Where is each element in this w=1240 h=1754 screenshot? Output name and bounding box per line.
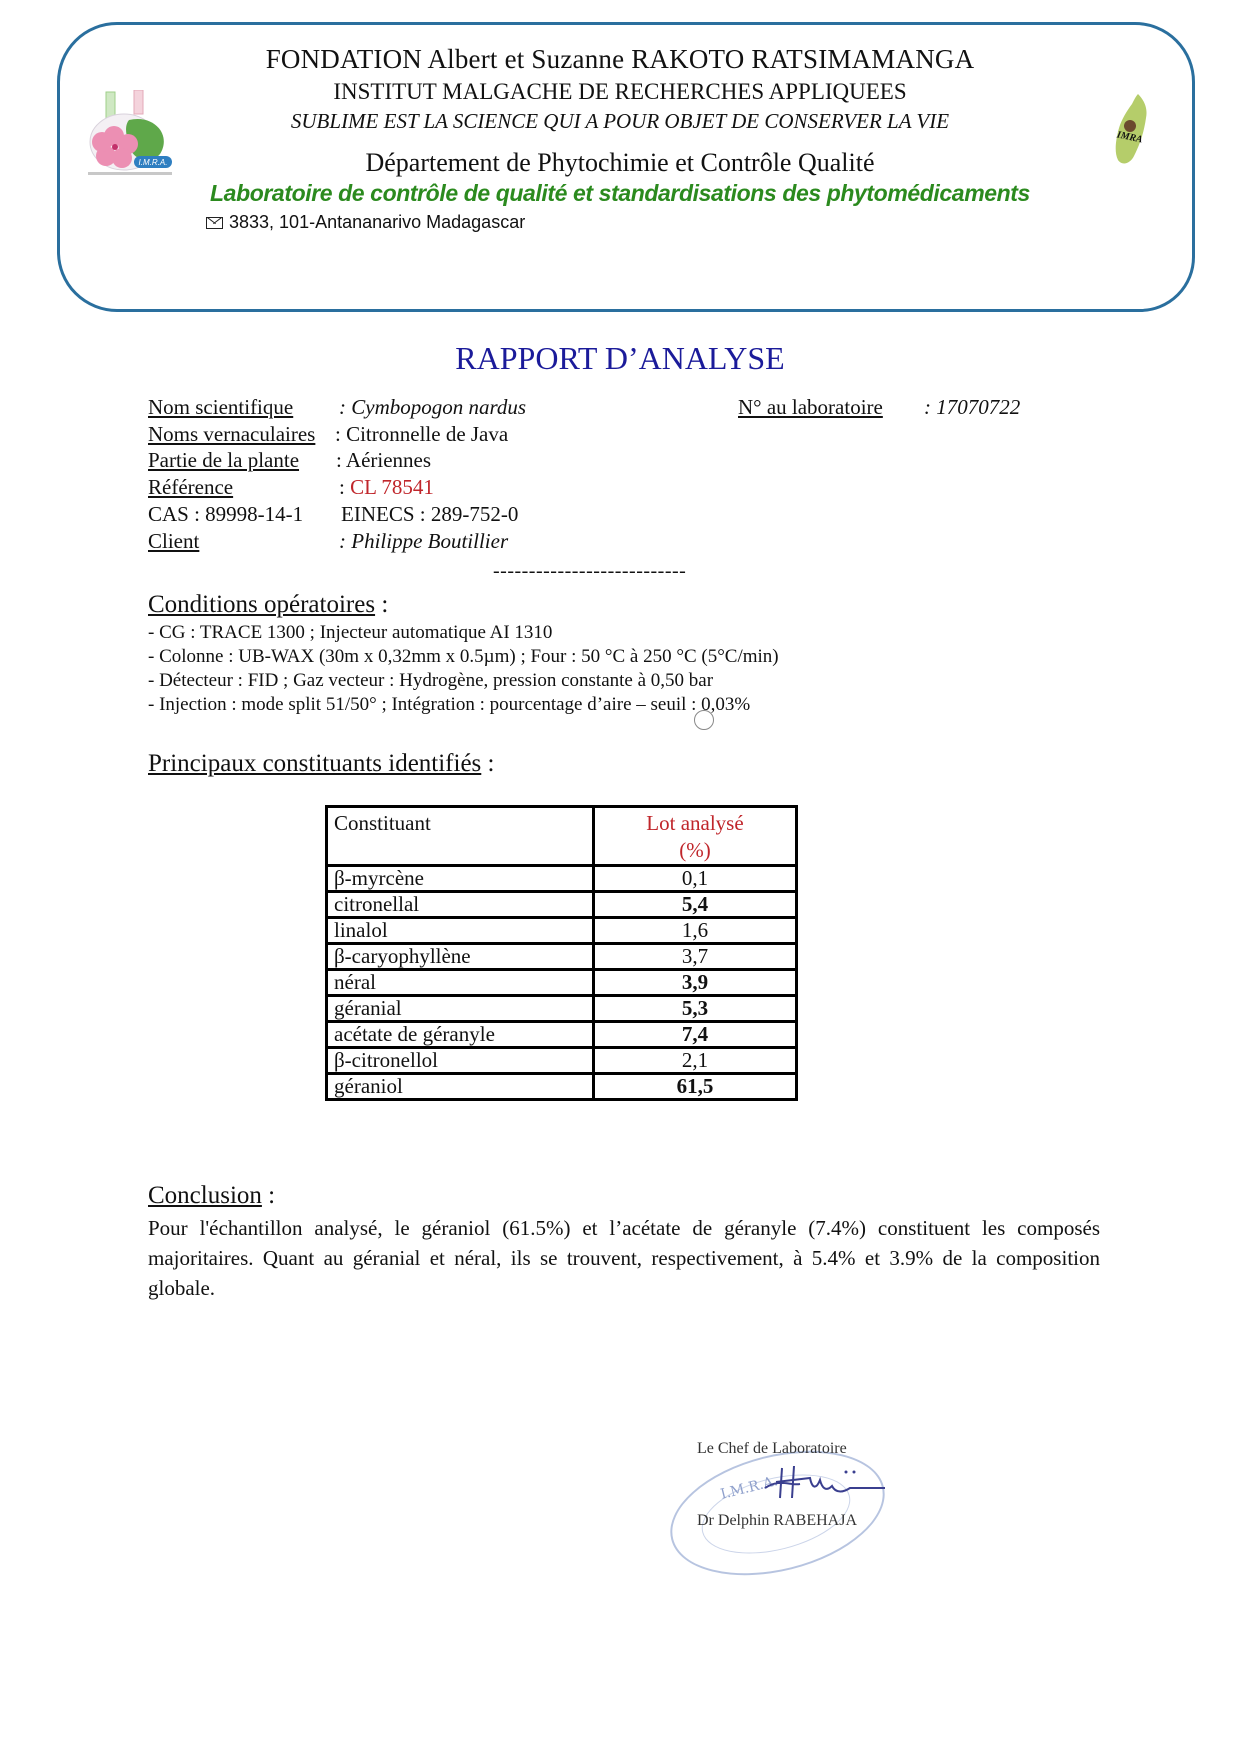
scientific-name-value: : Cymbopogon nardus (339, 395, 526, 420)
column-header-lot: Lot analysé(%) (594, 807, 797, 866)
constituent-percentage: 5,4 (594, 892, 797, 918)
condition-line: - CG : TRACE 1300 ; Injecteur automatiqu… (148, 622, 552, 644)
client-value: : Philippe Boutillier (339, 529, 508, 554)
constituent-percentage: 5,3 (594, 996, 797, 1022)
constituent-percentage: 3,7 (594, 944, 797, 970)
table-row: β-caryophyllène3,7 (327, 944, 797, 970)
table-row: β-citronellol2,1 (327, 1048, 797, 1074)
constituent-percentage: 61,5 (594, 1074, 797, 1100)
report-title: RAPPORT D’ANALYSE (0, 340, 1240, 377)
foundation-name: FONDATION Albert et Suzanne RAKOTO RATSI… (0, 44, 1240, 75)
handwritten-signature (760, 1458, 890, 1513)
condition-line: - Injection : mode split 51/50° ; Intégr… (148, 694, 750, 716)
table-row: néral3,9 (327, 970, 797, 996)
constituent-name: acétate de géranyle (327, 1022, 594, 1048)
cas-number: CAS : 89998-14-1 (148, 502, 303, 527)
institute-motto: SUBLIME EST LA SCIENCE QUI A POUR OBJET … (0, 109, 1240, 134)
reference-value: CL 78541 (350, 475, 434, 499)
plant-part-value: : Aériennes (336, 448, 431, 473)
conclusion-text: Pour l'échantillon analysé, le géraniol … (148, 1213, 1100, 1303)
lab-number-label: N° au laboratoire (738, 395, 883, 420)
constituent-name: néral (327, 970, 594, 996)
vernacular-name-label: Noms vernaculaires (148, 422, 315, 447)
vernacular-name-value: : Citronnelle de Java (335, 422, 508, 447)
table-row: géranial5,3 (327, 996, 797, 1022)
constituent-name: géraniol (327, 1074, 594, 1100)
constituent-name: β-citronellol (327, 1048, 594, 1074)
table-row: citronellal5,4 (327, 892, 797, 918)
table-row: géraniol61,5 (327, 1074, 797, 1100)
constituent-percentage: 0,1 (594, 866, 797, 892)
conclusion-heading: Conclusion : (148, 1182, 275, 1210)
condition-line: - Colonne : UB-WAX (30m x 0,32mm x 0.5µm… (148, 646, 779, 668)
table-row: β-myrcène0,1 (327, 866, 797, 892)
plant-part-label: Partie de la plante (148, 448, 299, 473)
reference-field: : CL 78541 (339, 475, 434, 500)
scientific-name-label: Nom scientifique (148, 395, 293, 420)
address-text: 3833, 101-Antananarivo Madagascar (229, 212, 525, 232)
constituent-percentage: 2,1 (594, 1048, 797, 1074)
department-name: Département de Phytochimie et Contrôle Q… (0, 148, 1240, 178)
einecs-number: EINECS : 289-752-0 (341, 502, 518, 527)
signatory-name: Dr Delphin RABEHAJA (697, 1512, 857, 1530)
table-header-row: Constituant Lot analysé(%) (327, 807, 797, 866)
condition-line: - Détecteur : FID ; Gaz vecteur : Hydrog… (148, 670, 713, 692)
constituent-percentage: 1,6 (594, 918, 797, 944)
separator-line: --------------------------- (493, 560, 686, 583)
table-row: acétate de géranyle7,4 (327, 1022, 797, 1048)
envelope-icon (206, 217, 223, 229)
constituent-name: linalol (327, 918, 594, 944)
constituents-table: Constituant Lot analysé(%) β-myrcène0,1c… (325, 805, 798, 1101)
lab-number-value: : 17070722 (924, 395, 1020, 420)
postal-address: 3833, 101-Antananarivo Madagascar (206, 212, 525, 233)
table-row: linalol1,6 (327, 918, 797, 944)
reference-label: Référence (148, 475, 233, 500)
laboratory-name: Laboratoire de contrôle de qualité et st… (0, 180, 1240, 207)
constituent-percentage: 3,9 (594, 970, 797, 996)
constituent-percentage: 7,4 (594, 1022, 797, 1048)
column-header-constituent: Constituant (327, 807, 594, 866)
constituent-name: citronellal (327, 892, 594, 918)
constituents-heading: Principaux constituants identifiés : (148, 750, 494, 778)
conditions-heading: Conditions opératoires : (148, 591, 388, 619)
constituent-name: β-caryophyllène (327, 944, 594, 970)
client-label: Client (148, 529, 199, 554)
cursor-indicator (694, 710, 714, 730)
signatory-title: Le Chef de Laboratoire (697, 1440, 847, 1458)
constituent-name: β-myrcène (327, 866, 594, 892)
constituent-name: géranial (327, 996, 594, 1022)
institute-name: INSTITUT MALGACHE DE RECHERCHES APPLIQUE… (0, 79, 1240, 105)
